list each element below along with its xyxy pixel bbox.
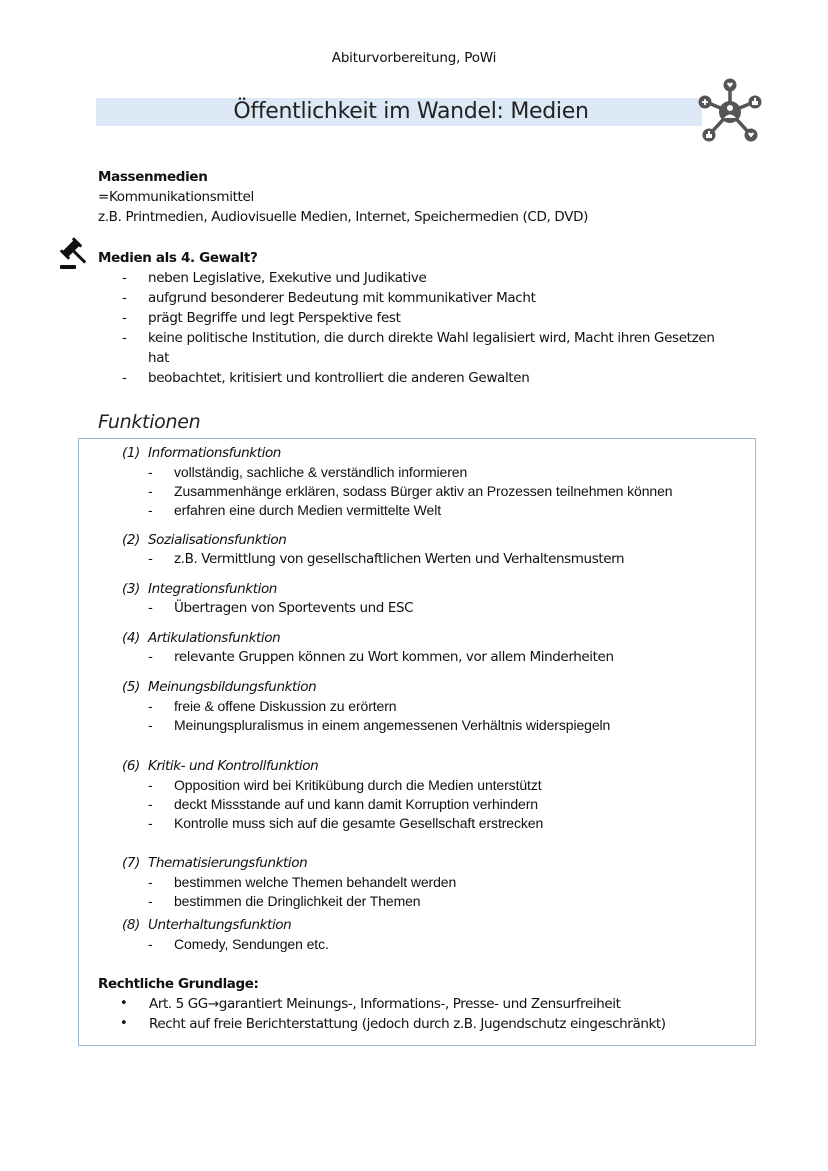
funktionen-heading: Funktionen: [98, 411, 200, 433]
function-item-6: (6)Kritik- und Kontrollfunktion -Opposit…: [122, 757, 742, 833]
function-item-8: (8)Unterhaltungsfunktion -Comedy, Sendun…: [122, 916, 742, 954]
page-header-subject: Abiturvorbereitung, PoWi: [0, 50, 828, 66]
list-item: -deckt Missstande auf und kann damit Kor…: [122, 795, 742, 814]
list-item: -prägt Begriffe und legt Perspektive fes…: [98, 308, 738, 328]
massenmedien-line: z.B. Printmedien, Audiovisuelle Medien, …: [98, 207, 588, 227]
function-title: (8)Unterhaltungsfunktion: [122, 916, 742, 935]
social-network-icon: [694, 76, 764, 146]
list-item: -vollständig, sachliche & verständlich i…: [122, 463, 742, 482]
funktionen-box: [78, 438, 756, 1046]
function-title: (2)Sozialisationsfunktion: [122, 531, 742, 550]
list-item: -relevante Gruppen können zu Wort kommen…: [122, 648, 742, 667]
function-title: (6)Kritik- und Kontrollfunktion: [122, 757, 742, 776]
function-item-2: (2)Sozialisationsfunktion -z.B. Vermittl…: [122, 531, 742, 569]
rechtliche-grundlage-section: Rechtliche Grundlage: •Art. 5 GG→garanti…: [98, 974, 748, 1034]
function-title: (1)Informationsfunktion: [122, 444, 742, 463]
function-item-1: (1)Informationsfunktion -vollständig, sa…: [122, 444, 742, 520]
function-item-4: (4)Artikulationsfunktion -relevante Grup…: [122, 629, 742, 667]
page-title: Öffentlichkeit im Wandel: Medien: [96, 97, 726, 127]
list-item: -Zusammenhänge erklären, sodass Bürger a…: [122, 482, 742, 501]
list-item: -Übertragen von Sportevents und ESC: [122, 599, 742, 618]
massenmedien-line: =Kommunikationsmittel: [98, 187, 588, 207]
function-title: (5)Meinungsbildungsfunktion: [122, 678, 742, 697]
gavel-icon: [58, 236, 94, 272]
function-title: (4)Artikulationsfunktion: [122, 629, 742, 648]
list-item: -freie & offene Diskussion zu erörtern: [122, 697, 742, 716]
function-title: (7)Thematisierungsfunktion: [122, 854, 742, 873]
list-item: -aufgrund besonderer Bedeutung mit kommu…: [98, 288, 738, 308]
list-item: -bestimmen die Dringlichkeit der Themen: [122, 892, 742, 911]
massenmedien-section: Massenmedien =Kommunikationsmittel z.B. …: [98, 167, 588, 227]
function-title: (3)Integrationsfunktion: [122, 580, 742, 599]
vierte-gewalt-list: -neben Legislative, Exekutive und Judika…: [98, 268, 738, 388]
list-item: -Kontrolle muss sich auf die gesamte Ges…: [122, 814, 742, 833]
list-item: -Meinungspluralismus in einem angemessen…: [122, 716, 742, 735]
list-item: -Opposition wird bei Kritikübung durch d…: [122, 776, 742, 795]
function-item-3: (3)Integrationsfunktion -Übertragen von …: [122, 580, 742, 618]
vierte-gewalt-section: Medien als 4. Gewalt? -neben Legislative…: [98, 248, 738, 388]
function-item-7: (7)Thematisierungsfunktion -bestimmen we…: [122, 854, 742, 911]
list-item: -z.B. Vermittlung von gesellschaftlichen…: [122, 550, 742, 569]
list-item: -bestimmen welche Themen behandelt werde…: [122, 873, 742, 892]
list-item: •Recht auf freie Berichterstattung (jedo…: [98, 1014, 748, 1034]
rechtliche-grundlage-heading: Rechtliche Grundlage:: [98, 974, 748, 994]
massenmedien-heading: Massenmedien: [98, 167, 588, 187]
list-item: -Comedy, Sendungen etc.: [122, 935, 742, 954]
function-item-5: (5)Meinungsbildungsfunktion -freie & off…: [122, 678, 742, 735]
list-item: -neben Legislative, Exekutive und Judika…: [98, 268, 738, 288]
list-item: -erfahren eine durch Medien vermittelte …: [122, 501, 742, 520]
list-item: -beobachtet, kritisiert und kontrolliert…: [98, 368, 738, 388]
list-item: -keine politische Institution, die durch…: [98, 328, 738, 368]
vierte-gewalt-heading: Medien als 4. Gewalt?: [98, 248, 738, 268]
list-item: •Art. 5 GG→garantiert Meinungs-, Informa…: [98, 994, 748, 1014]
